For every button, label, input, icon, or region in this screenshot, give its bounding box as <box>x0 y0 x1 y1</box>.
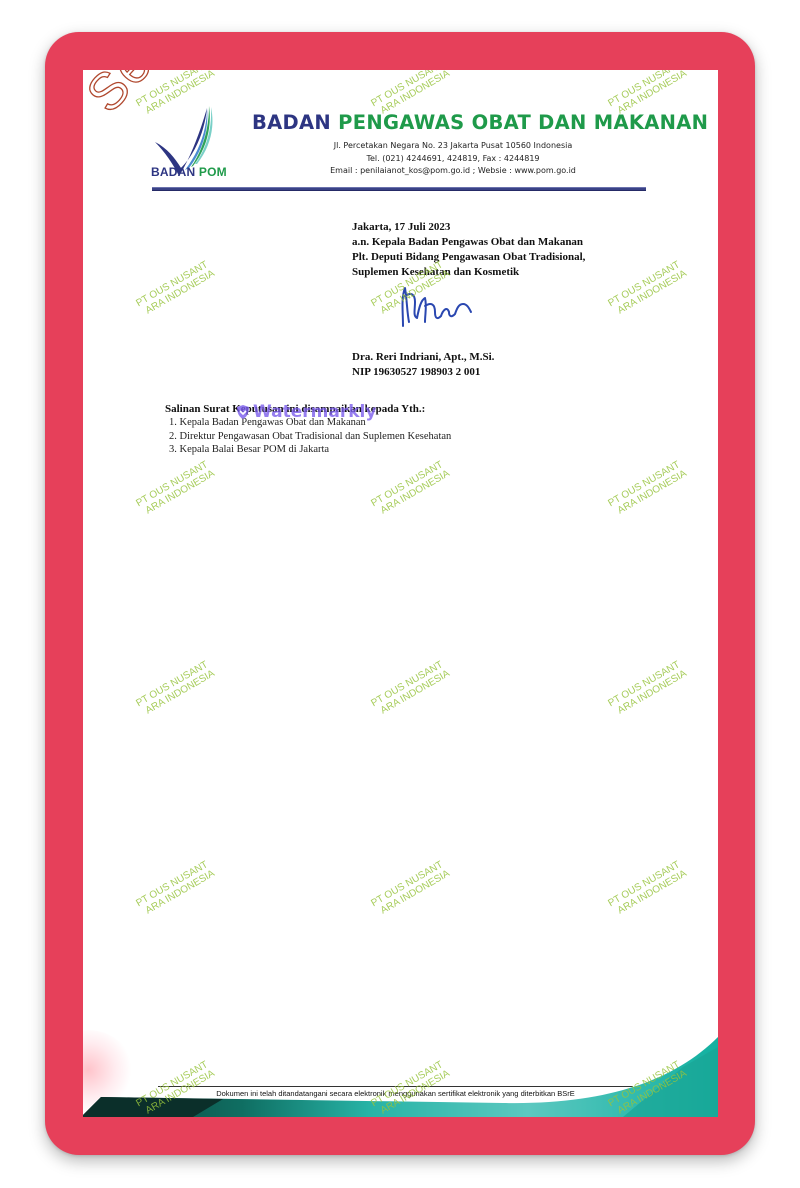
authority-line-3: Suplemen Kesehatan dan Kosmetik <box>352 265 585 280</box>
watermark-text: PT OUS NUSANTARA INDONESIA <box>368 659 452 720</box>
watermarkly-text: Watermarkly <box>253 402 376 422</box>
org-title-green: PENGAWAS OBAT DAN MAKANAN <box>338 111 708 134</box>
org-title-blue: BADAN <box>252 111 331 134</box>
document-page: BADAN POM BADAN PENGAWAS OBAT DAN MAKANA… <box>83 70 718 1117</box>
watermark-text: PT OUS NUSANTARA INDONESIA <box>368 859 452 920</box>
list-item: 3. Kepala Balai Besar POM di Jakarta <box>169 443 451 457</box>
watermark-text: PT OUS NUSANTARA INDONESIA <box>605 259 689 320</box>
logo-label-blue: BADAN <box>151 165 195 179</box>
watermark-text: PT OUS NUSANTARA INDONESIA <box>605 659 689 720</box>
watermark-text: PT OUS NUSANTARA INDONESIA <box>133 459 217 520</box>
signer-name: Dra. Reri Indriani, Apt., M.Si. <box>352 350 494 365</box>
signer-block: Dra. Reri Indriani, Apt., M.Si. NIP 1963… <box>352 350 494 380</box>
shield-icon <box>235 404 251 420</box>
contact-line: Email : penilaianot_kos@pom.go.id ; Webs… <box>253 166 653 175</box>
signature-block: Jakarta, 17 Juli 2023 a.n. Kepala Badan … <box>352 220 585 280</box>
organization-title: BADAN PENGAWAS OBAT DAN MAKANAN <box>252 111 708 134</box>
address-line: Jl. Percetakan Negara No. 23 Jakarta Pus… <box>253 141 653 150</box>
watermark-text: PT OUS NUSANTARA INDONESIA <box>133 259 217 320</box>
phone-line: Tel. (021) 4244691, 424819, Fax : 424481… <box>253 154 653 163</box>
logo-label-green: POM <box>199 165 227 179</box>
watermarkly-badge: Watermarkly <box>235 402 376 422</box>
authority-line-1: a.n. Kepala Badan Pengawas Obat dan Maka… <box>352 235 585 250</box>
signer-nip: NIP 19630527 198903 2 001 <box>352 365 494 380</box>
logo-label: BADAN POM <box>151 165 227 179</box>
watermark-text: PT OUS NUSANTARA INDONESIA <box>133 659 217 720</box>
watermark-text: PT OUS NUSANTARA INDONESIA <box>368 459 452 520</box>
authority-line-2: Plt. Deputi Bidang Pengawasan Obat Tradi… <box>352 250 585 265</box>
watermark-text: PT OUS NUSANTARA INDONESIA <box>605 459 689 520</box>
letterhead-divider <box>152 187 646 191</box>
copies-list: 1. Kepala Badan Pengawas Obat dan Makana… <box>169 416 451 457</box>
list-item: 2. Direktur Pengawasan Obat Tradisional … <box>169 430 451 444</box>
watermark-text: PT OUS NUSANTARA INDONESIA <box>133 859 217 920</box>
watermark-text: PT OUS NUSANTARA INDONESIA <box>605 859 689 920</box>
place-date: Jakarta, 17 Juli 2023 <box>352 220 585 235</box>
